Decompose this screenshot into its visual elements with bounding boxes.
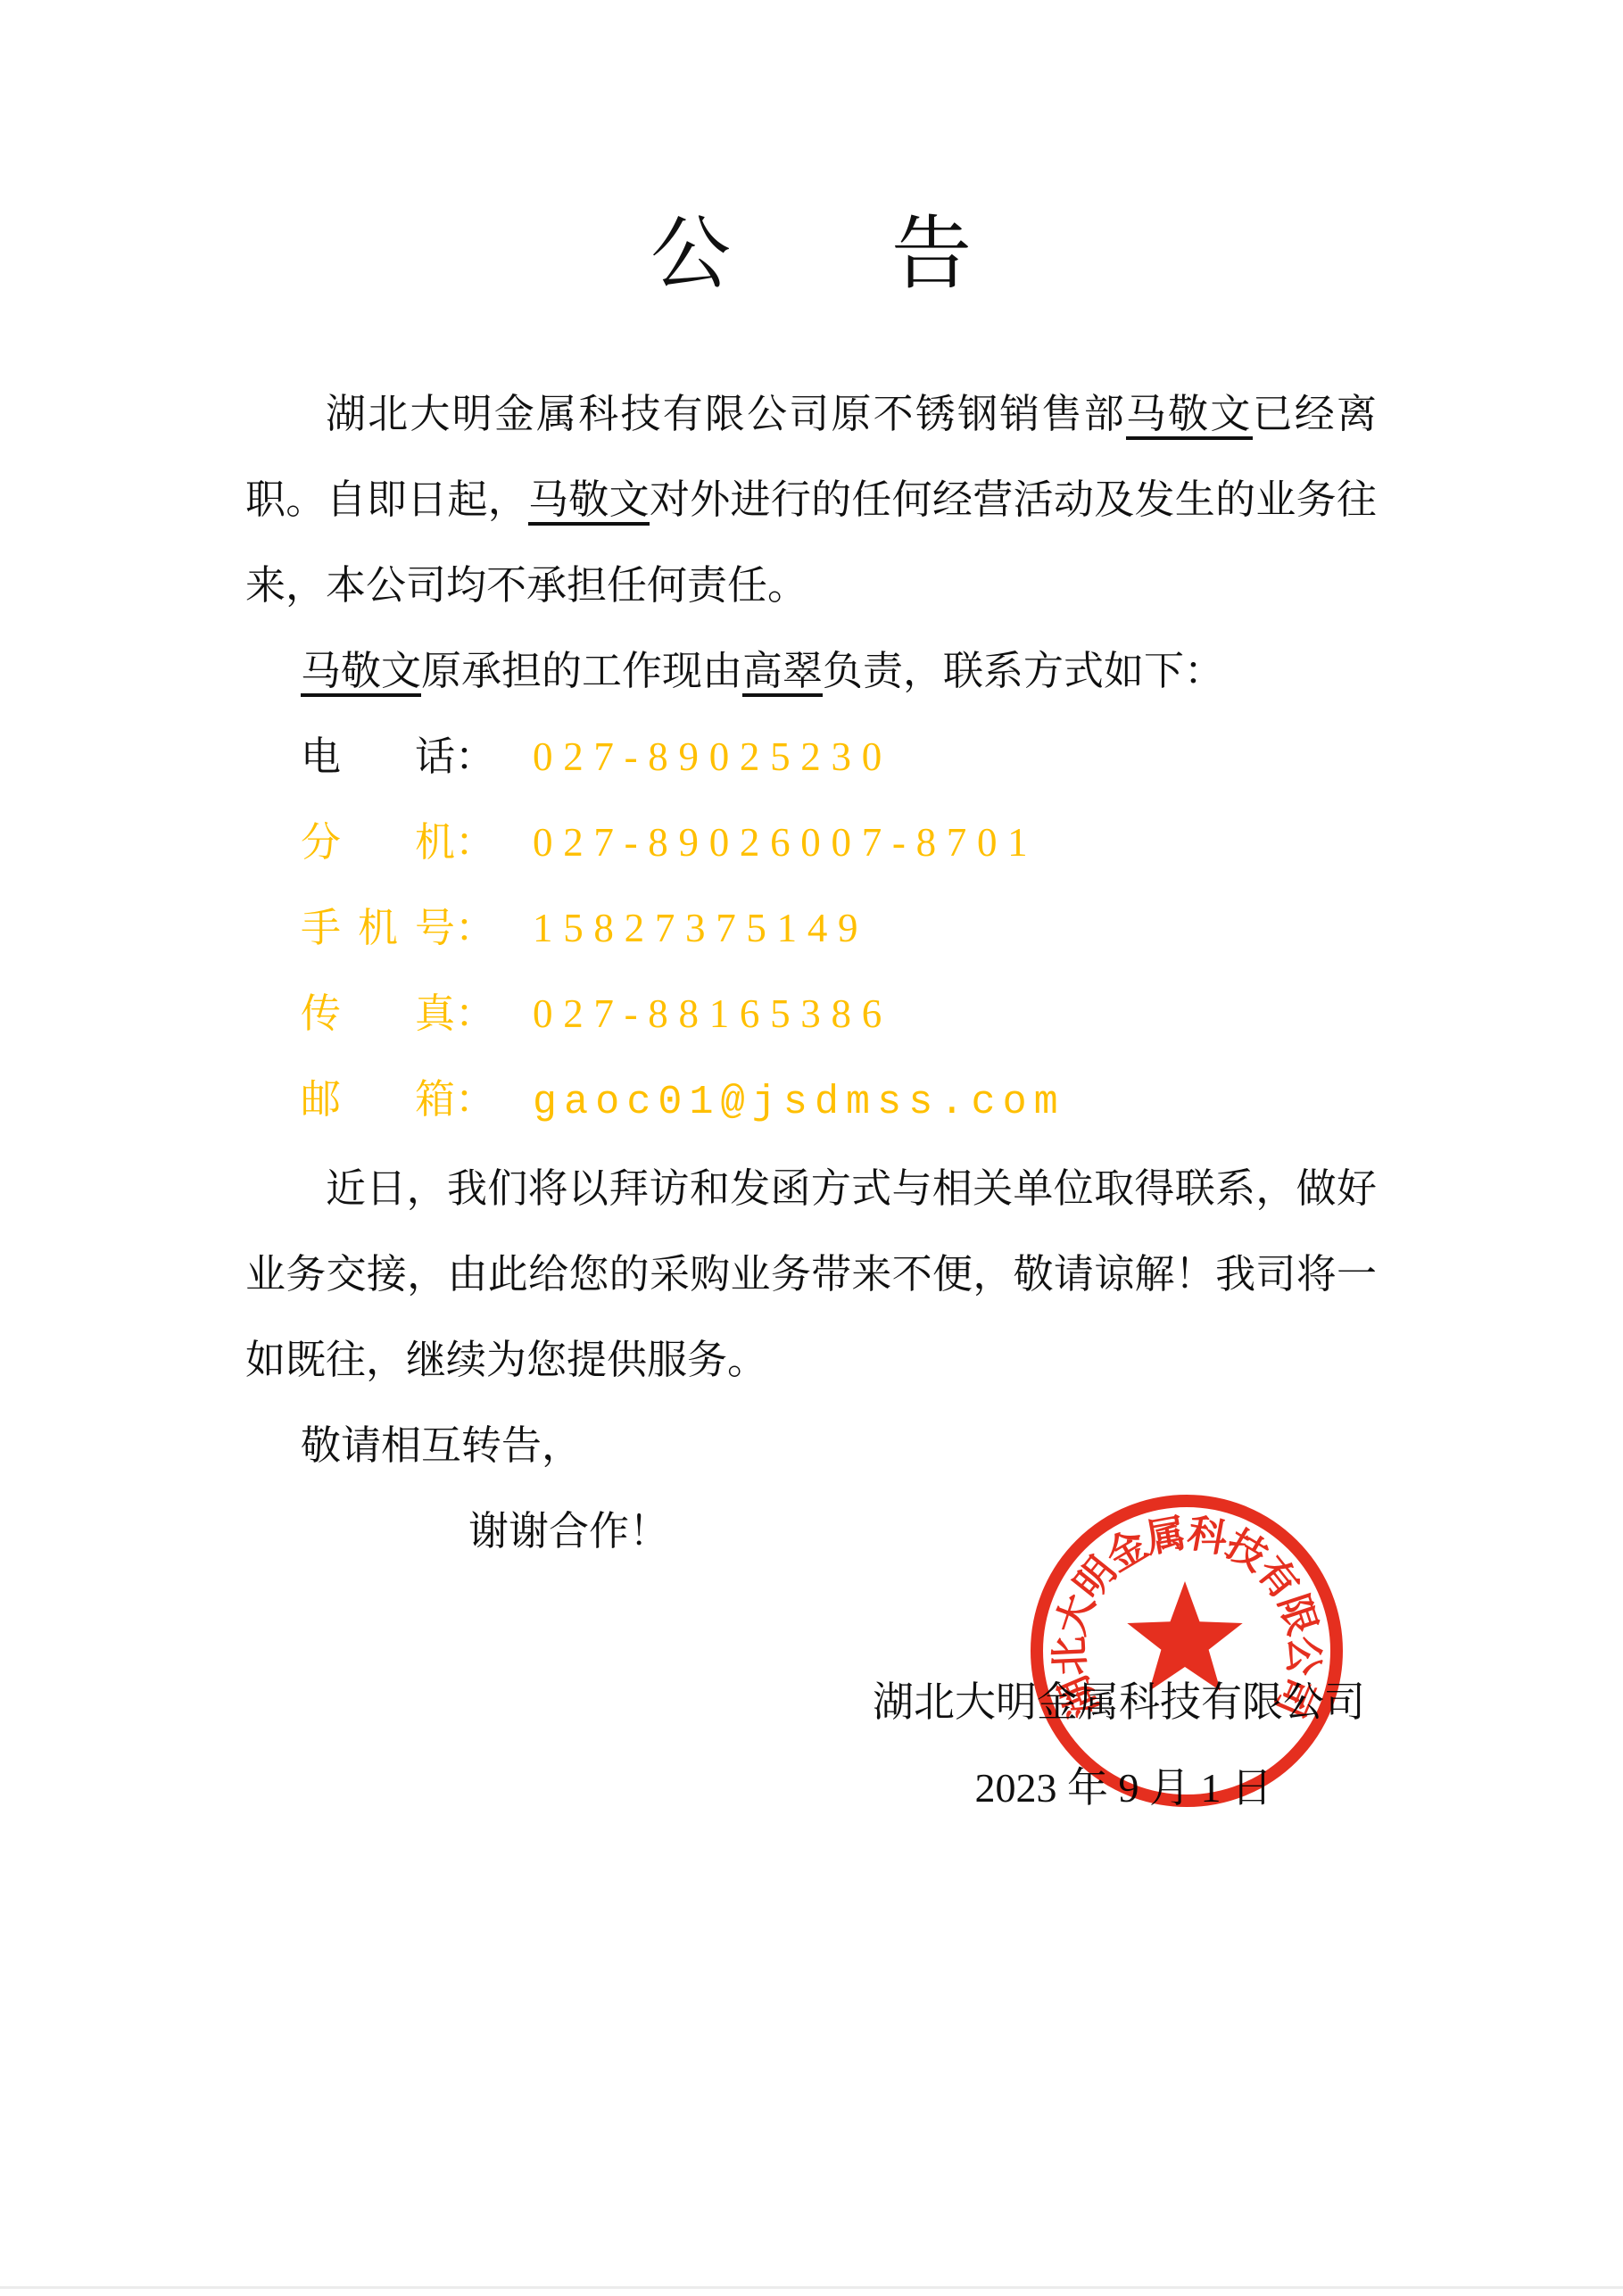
text-segment: 谢谢合作！ bbox=[468, 1509, 669, 1554]
paragraph-line: 业务交接，由此给您的采购业务带来不便，敬请谅解！我司将一 bbox=[245, 1231, 1377, 1317]
paragraph-line: 职。自即日起，马敬文对外进行的任何经营活动及发生的业务往 bbox=[245, 457, 1377, 543]
contact-label-char: 真 bbox=[415, 971, 455, 1057]
contact-colon: ： bbox=[455, 971, 495, 1057]
text-segment: 近日，我们将以拜访和发函方式与相关单位取得联系，做好 bbox=[326, 1166, 1377, 1211]
announcement-document-page: { "document": { "title": "公 告", "paragra… bbox=[0, 0, 1623, 2296]
contact-label-char: 话 bbox=[415, 714, 455, 800]
text-segment: 如既往，继续为您提供服务。 bbox=[245, 1338, 767, 1382]
contact-label-char: 机 bbox=[415, 800, 455, 885]
contact-label: 电话 bbox=[301, 714, 455, 800]
paragraph-line: 谢谢合作！ bbox=[245, 1488, 1377, 1574]
underlined-person-name: 马敬文 bbox=[301, 649, 421, 697]
contact-label-char: 电 bbox=[301, 714, 341, 800]
signature-block: 湖北大明金属科技有限公司 2023 年 9 月 1 日 bbox=[245, 1660, 1377, 1831]
contact-number-value: 027-88165386 bbox=[533, 991, 892, 1036]
contact-row: 分机：027-89026007-8701 bbox=[301, 800, 1377, 885]
text-segment: 来，本公司均不承担任何责任。 bbox=[245, 563, 807, 608]
paragraphs-before-contacts: 湖北大明金属科技有限公司原不锈钢销售部马敬文已经离职。自即日起，马敬文对外进行的… bbox=[245, 371, 1377, 714]
contact-row: 邮箱：gaoc01@jsdmss.com bbox=[301, 1057, 1377, 1146]
text-segment: 已经离 bbox=[1253, 392, 1377, 436]
contact-list: 电话：027-89025230分机：027-89026007-8701手机号：1… bbox=[245, 714, 1377, 1146]
text-segment: 湖北大明金属科技有限公司原不锈钢销售部 bbox=[326, 392, 1126, 436]
document-content: 公 告 湖北大明金属科技有限公司原不锈钢销售部马敬文已经离职。自即日起，马敬文对… bbox=[245, 0, 1377, 1831]
contact-number-value: 027-89025230 bbox=[533, 734, 892, 779]
contact-label: 邮箱 bbox=[301, 1057, 455, 1142]
paragraph-line: 敬请相互转告， bbox=[245, 1403, 1377, 1488]
paragraph-line: 马敬文原承担的工作现由高翠负责，联系方式如下： bbox=[245, 628, 1377, 714]
text-segment: 敬请相互转告， bbox=[301, 1423, 582, 1468]
paragraph-line: 如既往，继续为您提供服务。 bbox=[245, 1317, 1377, 1403]
contact-label-char: 传 bbox=[301, 971, 341, 1057]
underlined-person-name: 马敬文 bbox=[1126, 392, 1253, 440]
contact-label-char: 箱 bbox=[415, 1057, 455, 1142]
contact-label-char: 分 bbox=[301, 800, 341, 885]
contact-label-char: 号 bbox=[415, 885, 455, 971]
document-title: 公 告 bbox=[245, 205, 1377, 305]
paragraph-line: 来，本公司均不承担任何责任。 bbox=[245, 543, 1377, 628]
contact-label-char: 手 bbox=[301, 885, 341, 971]
contact-colon: ： bbox=[455, 885, 495, 971]
paragraph-line: 湖北大明金属科技有限公司原不锈钢销售部马敬文已经离 bbox=[245, 371, 1377, 457]
underlined-person-name: 高翠 bbox=[742, 649, 823, 697]
contact-row: 电话：027-89025230 bbox=[301, 714, 1377, 800]
contact-label-char: 机 bbox=[358, 885, 398, 971]
text-segment: 原承担的工作现由 bbox=[421, 649, 742, 693]
text-segment: 业务交接，由此给您的采购业务带来不便，敬请谅解！我司将一 bbox=[245, 1252, 1377, 1297]
text-segment: 负责，联系方式如下： bbox=[823, 649, 1224, 693]
contact-label: 传真 bbox=[301, 971, 455, 1057]
contact-email-value: gaoc01@jsdmss.com bbox=[533, 1080, 1065, 1125]
contact-number-value: 027-89026007-8701 bbox=[533, 820, 1038, 865]
paragraph-line: 近日，我们将以拜访和发函方式与相关单位取得联系，做好 bbox=[245, 1146, 1377, 1231]
contact-label: 分机 bbox=[301, 800, 455, 885]
underlined-person-name: 马敬文 bbox=[528, 477, 650, 526]
text-segment: 职。自即日起， bbox=[245, 477, 528, 522]
contact-label-char: 邮 bbox=[301, 1057, 341, 1142]
contact-row: 传真：027-88165386 bbox=[301, 971, 1377, 1057]
contact-colon: ： bbox=[455, 714, 495, 800]
contact-label: 手机号 bbox=[301, 885, 455, 971]
text-segment: 对外进行的任何经营活动及发生的业务往 bbox=[650, 477, 1377, 522]
contact-row: 手机号：15827375149 bbox=[301, 885, 1377, 971]
signature-company: 湖北大明金属科技有限公司 bbox=[245, 1660, 1377, 1745]
contact-colon: ： bbox=[455, 1057, 495, 1142]
contact-number-value: 15827375149 bbox=[533, 906, 868, 950]
paragraphs-after-contacts: 近日，我们将以拜访和发函方式与相关单位取得联系，做好业务交接，由此给您的采购业务… bbox=[245, 1146, 1377, 1574]
contact-colon: ： bbox=[455, 800, 495, 885]
signature-date: 2023 年 9 月 1 日 bbox=[245, 1745, 1377, 1831]
scan-artifact bbox=[0, 2286, 1623, 2289]
